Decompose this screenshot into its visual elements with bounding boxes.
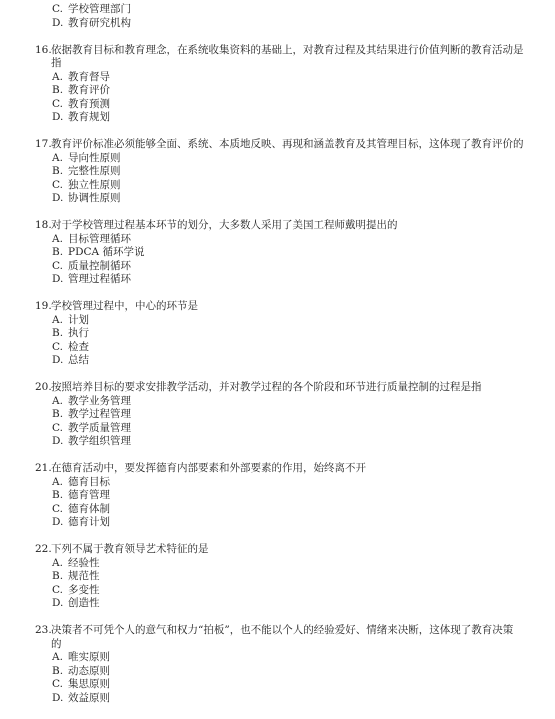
- question: 19. 学校管理过程中，中心的环节是 A.计划 B.执行 C.检查 D.总结: [0, 300, 555, 368]
- option-d: D.教学组织管理: [0, 435, 555, 449]
- option-b: B.教学过程管理: [0, 408, 555, 422]
- question: 17. 教育评价标准必须能够全面、系统、本质地反映、再现和涵盖教育及其管理目标，…: [0, 138, 555, 206]
- question: 18. 对于学校管理过程基本环节的划分，大多数人采用了美国工程师戴明提出的 A.…: [0, 219, 555, 287]
- option-text: 教学质量管理: [68, 422, 131, 434]
- option-letter: C.: [52, 341, 68, 355]
- option-text: 德育管理: [68, 489, 110, 501]
- question-number: 19.: [0, 300, 51, 314]
- question-number: 21.: [0, 462, 51, 476]
- option-letter: A.: [52, 651, 68, 665]
- question-text: 按照培养目标的要求安排教学活动，并对教学过程的各个阶段和环节进行质量控制的过程是…: [51, 381, 482, 395]
- question-number: 20.: [0, 381, 51, 395]
- option-letter: C.: [52, 422, 68, 436]
- option-letter: B.: [52, 665, 68, 679]
- option-letter: C.: [52, 98, 68, 112]
- question-text-continuation: 的: [0, 638, 555, 652]
- option-b: B.德育管理: [0, 489, 555, 503]
- question-stem: 21. 在德育活动中，要发挥德育内部要素和外部要素的作用，始终离不开: [0, 462, 555, 476]
- option-text: 创造性: [68, 597, 100, 609]
- option-letter: B.: [52, 246, 68, 260]
- question-number: 22.: [0, 543, 51, 557]
- option-text: 协调性原则: [68, 192, 121, 204]
- question-number: 23.: [0, 624, 51, 638]
- option-text: 总结: [68, 354, 89, 366]
- question-text: 下列不属于教育领导艺术特征的是: [51, 543, 209, 557]
- option-text: 学校管理部门: [68, 3, 131, 15]
- option-c: C.学校管理部门: [0, 3, 555, 17]
- option-text: 教育督导: [68, 71, 110, 83]
- option-text: 规范性: [68, 570, 100, 582]
- question-number: 16.: [0, 44, 51, 58]
- option-letter: B.: [52, 489, 68, 503]
- question-number: 18.: [0, 219, 51, 233]
- option-letter: D.: [52, 192, 68, 206]
- option-text: 多变性: [68, 584, 100, 596]
- option-a: A.经验性: [0, 557, 555, 571]
- option-text: 德育体制: [68, 503, 110, 515]
- question-text-continuation: 指: [0, 57, 555, 71]
- option-c: C.教学质量管理: [0, 422, 555, 436]
- question: 21. 在德育活动中，要发挥德育内部要素和外部要素的作用，始终离不开 A.德育目…: [0, 462, 555, 530]
- option-c: C.德育体制: [0, 503, 555, 517]
- option-text: 唯实原则: [68, 651, 110, 663]
- option-letter: D.: [52, 692, 68, 706]
- leading-options: C.学校管理部门 D.教育研究机构: [0, 3, 555, 30]
- option-d: D.协调性原则: [0, 192, 555, 206]
- option-text: 质量控制循环: [68, 260, 131, 272]
- question-list: 16. 依据教育目标和教育理念，在系统收集资料的基础上，对教育过程及其结果进行价…: [0, 44, 555, 706]
- option-letter: B.: [52, 84, 68, 98]
- question: 16. 依据教育目标和教育理念，在系统收集资料的基础上，对教育过程及其结果进行价…: [0, 44, 555, 125]
- option-letter: A.: [52, 233, 68, 247]
- option-d: D.创造性: [0, 597, 555, 611]
- option-letter: D.: [52, 273, 68, 287]
- exam-page: C.学校管理部门 D.教育研究机构 16. 依据教育目标和教育理念，在系统收集资…: [0, 3, 555, 705]
- question-stem: 20. 按照培养目标的要求安排教学活动，并对教学过程的各个阶段和环节进行质量控制…: [0, 381, 555, 395]
- option-letter: C.: [52, 503, 68, 517]
- option-a: A.唯实原则: [0, 651, 555, 665]
- option-text: 教育预测: [68, 98, 110, 110]
- question-text: 决策者不可凭个人的意气和权力“拍板”，也不能以个人的经验爱好、情绪来决断，这体现…: [51, 624, 513, 638]
- option-letter: D.: [52, 354, 68, 368]
- option-c: C.集思原则: [0, 678, 555, 692]
- option-text: 经验性: [68, 557, 100, 569]
- option-text: 完整性原则: [68, 165, 121, 177]
- option-a: A.导向性原则: [0, 152, 555, 166]
- option-text: 德育计划: [68, 516, 110, 528]
- option-letter: C.: [52, 3, 68, 17]
- option-letter: A.: [52, 395, 68, 409]
- question: 23. 决策者不可凭个人的意气和权力“拍板”，也不能以个人的经验爱好、情绪来决断…: [0, 624, 555, 705]
- option-d: D.德育计划: [0, 516, 555, 530]
- question: 22. 下列不属于教育领导艺术特征的是 A.经验性 B.规范性 C.多变性 D.…: [0, 543, 555, 611]
- option-letter: D.: [52, 435, 68, 449]
- option-text: 效益原则: [68, 692, 110, 704]
- question-stem: 17. 教育评价标准必须能够全面、系统、本质地反映、再现和涵盖教育及其管理目标，…: [0, 138, 555, 152]
- option-text: 集思原则: [68, 678, 110, 690]
- option-text: 教学业务管理: [68, 395, 131, 407]
- question: 20. 按照培养目标的要求安排教学活动，并对教学过程的各个阶段和环节进行质量控制…: [0, 381, 555, 449]
- option-c: C.质量控制循环: [0, 260, 555, 274]
- question-text: 在德育活动中，要发挥德育内部要素和外部要素的作用，始终离不开: [51, 462, 366, 476]
- option-text: 执行: [68, 327, 89, 339]
- question-text: 对于学校管理过程基本环节的划分，大多数人采用了美国工程师戴明提出的: [51, 219, 398, 233]
- question-stem: 18. 对于学校管理过程基本环节的划分，大多数人采用了美国工程师戴明提出的: [0, 219, 555, 233]
- option-d: D.教育规划: [0, 111, 555, 125]
- option-b: B.规范性: [0, 570, 555, 584]
- option-letter: A.: [52, 314, 68, 328]
- option-d: D.总结: [0, 354, 555, 368]
- option-letter: A.: [52, 152, 68, 166]
- option-text: 教学组织管理: [68, 435, 131, 447]
- option-c: C.独立性原则: [0, 179, 555, 193]
- option-text: PDCA 循环学说: [68, 246, 144, 258]
- option-d: D.教育研究机构: [0, 17, 555, 31]
- option-text: 德育目标: [68, 476, 110, 488]
- option-text: 导向性原则: [68, 152, 121, 164]
- option-text: 计划: [68, 314, 89, 326]
- option-text: 检查: [68, 341, 89, 353]
- option-letter: A.: [52, 476, 68, 490]
- option-d: D.效益原则: [0, 692, 555, 706]
- option-letter: C.: [52, 678, 68, 692]
- option-text: 独立性原则: [68, 179, 121, 191]
- option-b: B.PDCA 循环学说: [0, 246, 555, 260]
- option-a: A.目标管理循环: [0, 233, 555, 247]
- option-text: 教育规划: [68, 111, 110, 123]
- option-letter: B.: [52, 408, 68, 422]
- option-letter: D.: [52, 17, 68, 31]
- option-b: B.完整性原则: [0, 165, 555, 179]
- option-c: C.多变性: [0, 584, 555, 598]
- option-a: A.德育目标: [0, 476, 555, 490]
- option-c: C.检查: [0, 341, 555, 355]
- option-letter: B.: [52, 327, 68, 341]
- option-letter: C.: [52, 260, 68, 274]
- option-text: 教学过程管理: [68, 408, 131, 420]
- option-b: B.教育评价: [0, 84, 555, 98]
- option-text: 教育研究机构: [68, 17, 131, 29]
- option-a: A.教育督导: [0, 71, 555, 85]
- option-a: A.教学业务管理: [0, 395, 555, 409]
- question-number: 17.: [0, 138, 51, 152]
- option-a: A.计划: [0, 314, 555, 328]
- option-letter: B.: [52, 165, 68, 179]
- question-text: 依据教育目标和教育理念，在系统收集资料的基础上，对教育过程及其结果进行价值判断的…: [51, 44, 524, 58]
- option-text: 管理过程循环: [68, 273, 131, 285]
- option-letter: A.: [52, 71, 68, 85]
- option-text: 目标管理循环: [68, 233, 131, 245]
- question-stem: 23. 决策者不可凭个人的意气和权力“拍板”，也不能以个人的经验爱好、情绪来决断…: [0, 624, 555, 638]
- option-b: B.动态原则: [0, 665, 555, 679]
- question-text: 教育评价标准必须能够全面、系统、本质地反映、再现和涵盖教育及其管理目标，这体现了…: [51, 138, 524, 152]
- option-text: 动态原则: [68, 665, 110, 677]
- option-letter: C.: [52, 179, 68, 193]
- question-stem: 16. 依据教育目标和教育理念，在系统收集资料的基础上，对教育过程及其结果进行价…: [0, 44, 555, 58]
- option-letter: D.: [52, 597, 68, 611]
- option-letter: C.: [52, 584, 68, 598]
- question-text: 学校管理过程中，中心的环节是: [51, 300, 198, 314]
- option-d: D.管理过程循环: [0, 273, 555, 287]
- option-text: 教育评价: [68, 84, 110, 96]
- option-letter: D.: [52, 516, 68, 530]
- option-letter: B.: [52, 570, 68, 584]
- question-stem: 19. 学校管理过程中，中心的环节是: [0, 300, 555, 314]
- question-stem: 22. 下列不属于教育领导艺术特征的是: [0, 543, 555, 557]
- option-letter: A.: [52, 557, 68, 571]
- option-c: C.教育预测: [0, 98, 555, 112]
- option-letter: D.: [52, 111, 68, 125]
- option-b: B.执行: [0, 327, 555, 341]
